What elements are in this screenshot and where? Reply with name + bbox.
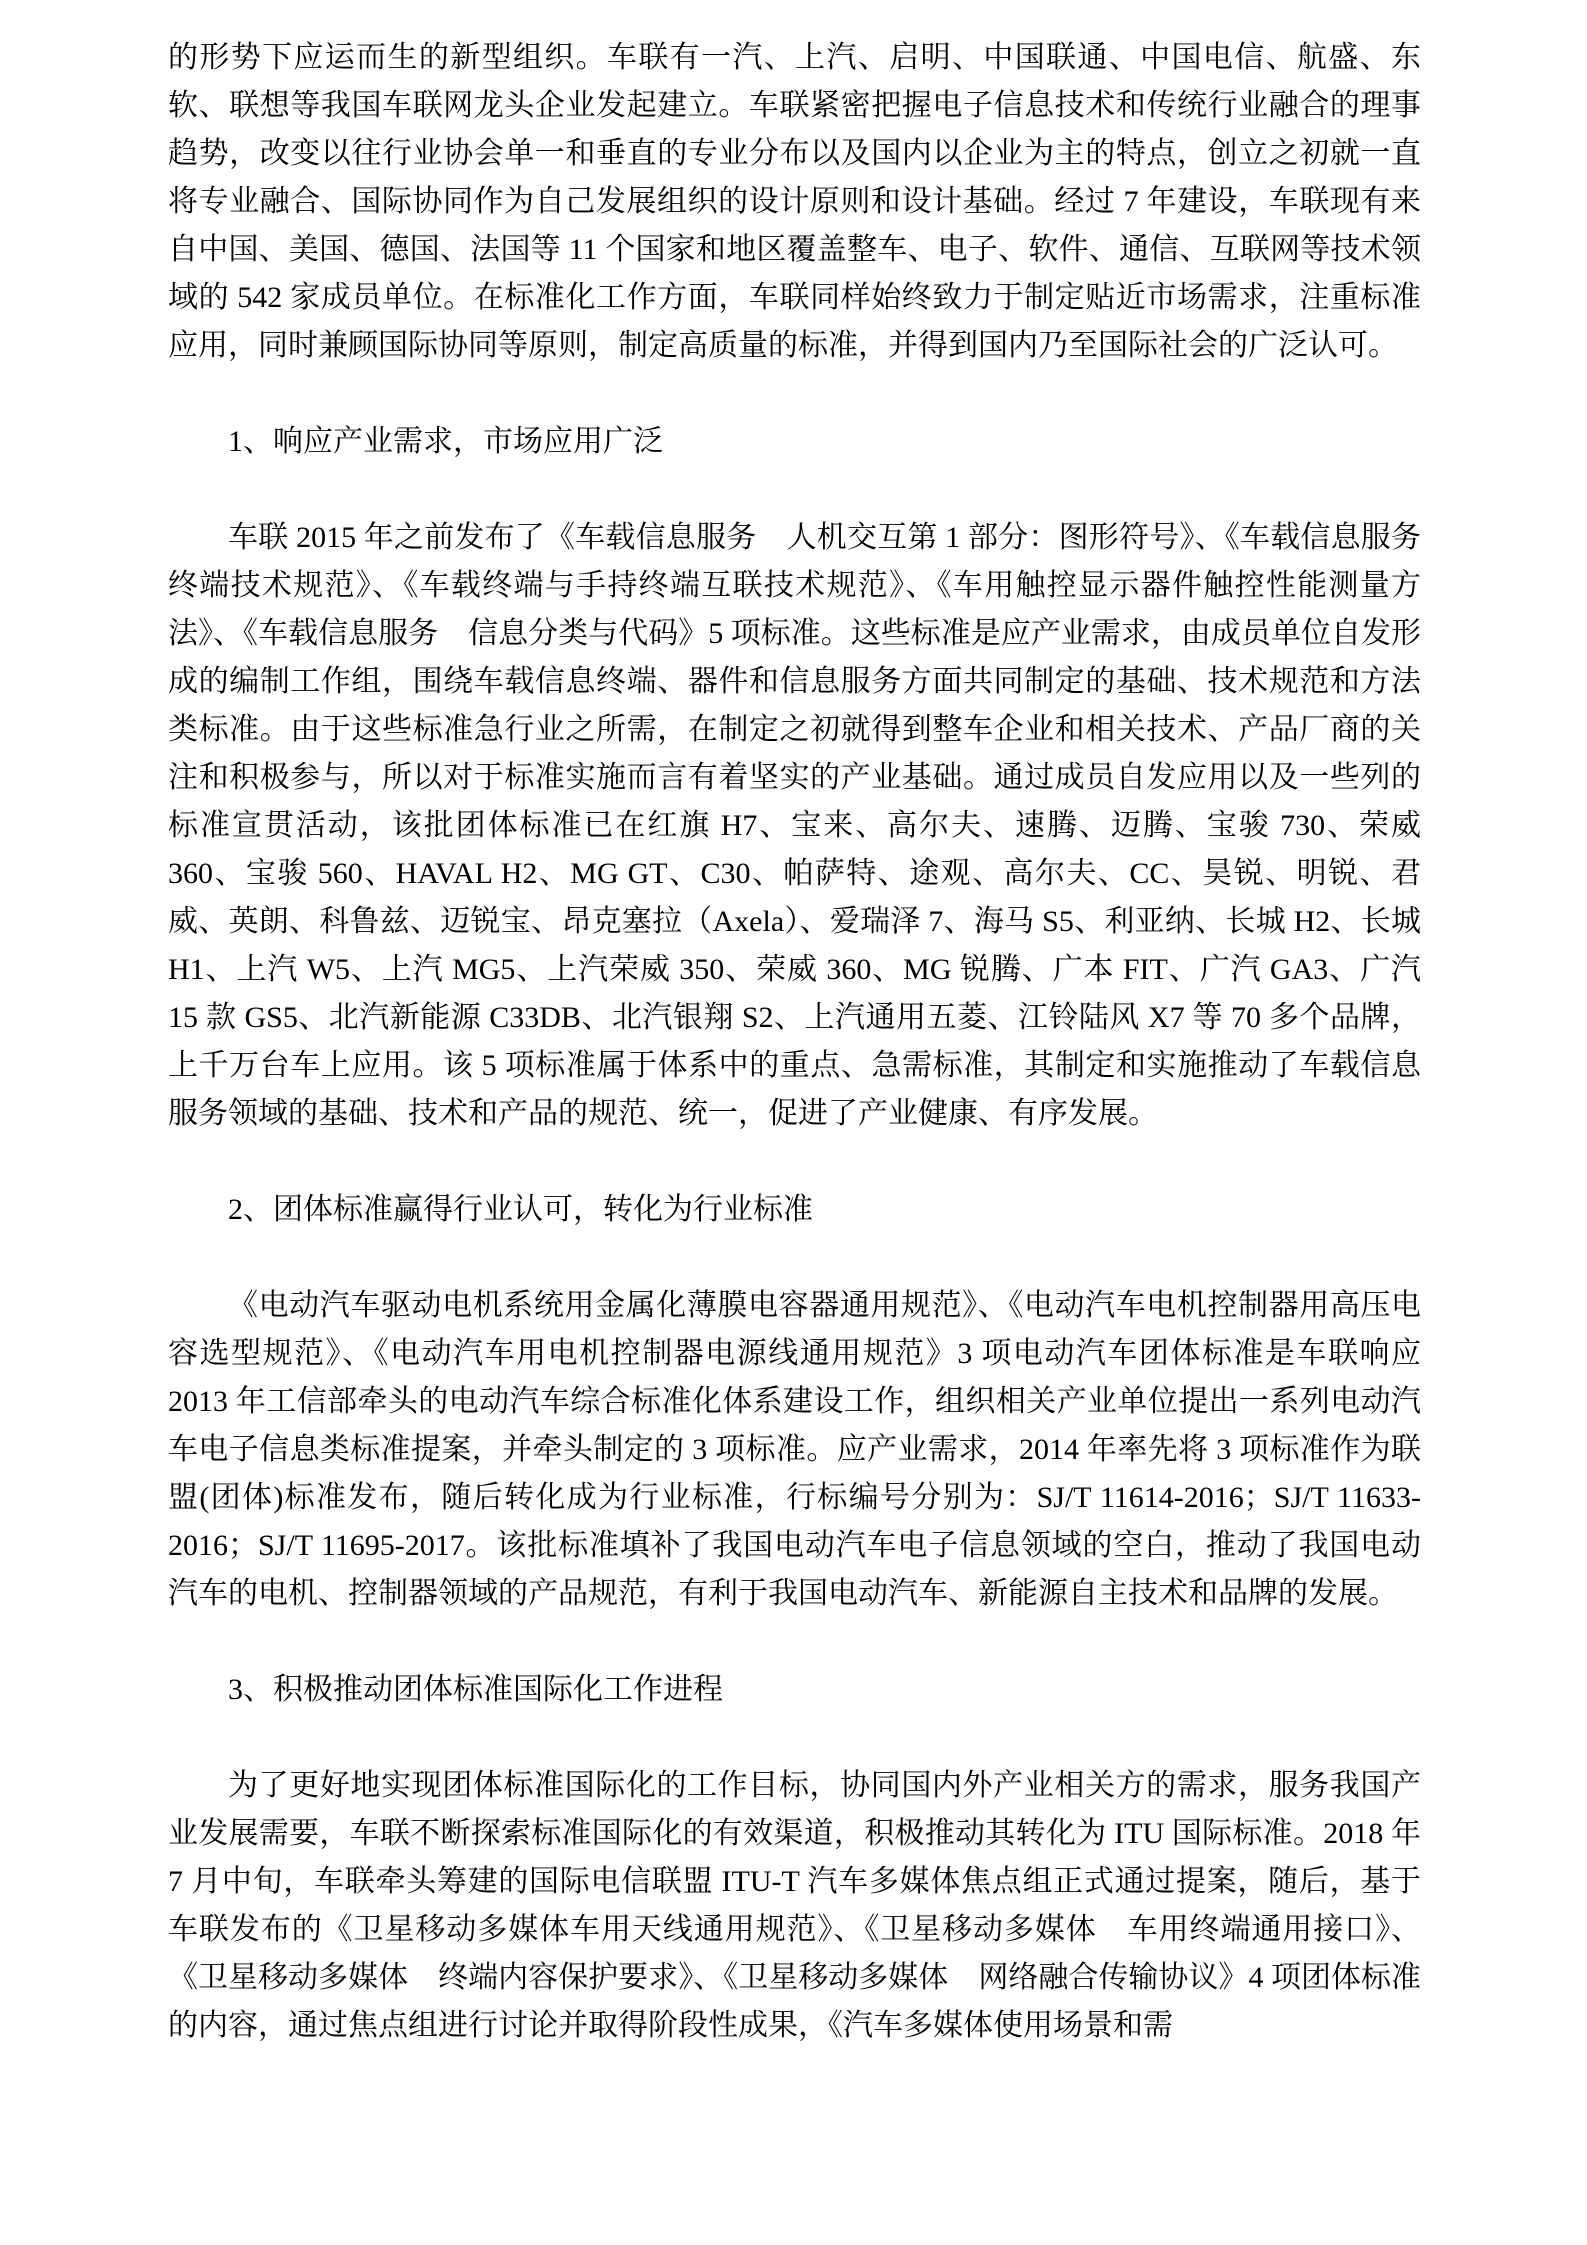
paragraph-continuation: 的形势下应运而生的新型组织。车联有一汽、上汽、启明、中国联通、中国电信、航盛、东…	[168, 34, 1421, 370]
paragraph-section-1: 车联 2015 年之前发布了《车载信息服务 人机交互第 1 部分：图形符号》、《…	[168, 514, 1421, 1138]
paragraph-section-3: 为了更好地实现团体标准国际化的工作目标，协同国内外产业相关方的需求，服务我国产业…	[168, 1762, 1421, 2050]
section-heading-3: 3、积极推动团体标准国际化工作进程	[168, 1666, 1421, 1714]
paragraph-section-2: 《电动汽车驱动电机系统用金属化薄膜电容器通用规范》、《电动汽车电机控制器用高压电…	[168, 1282, 1421, 1618]
section-heading-1: 1、响应产业需求，市场应用广泛	[168, 418, 1421, 466]
document-page: 的形势下应运而生的新型组织。车联有一汽、上汽、启明、中国联通、中国电信、航盛、东…	[0, 0, 1587, 2245]
section-heading-2: 2、团体标准赢得行业认可，转化为行业标准	[168, 1186, 1421, 1234]
